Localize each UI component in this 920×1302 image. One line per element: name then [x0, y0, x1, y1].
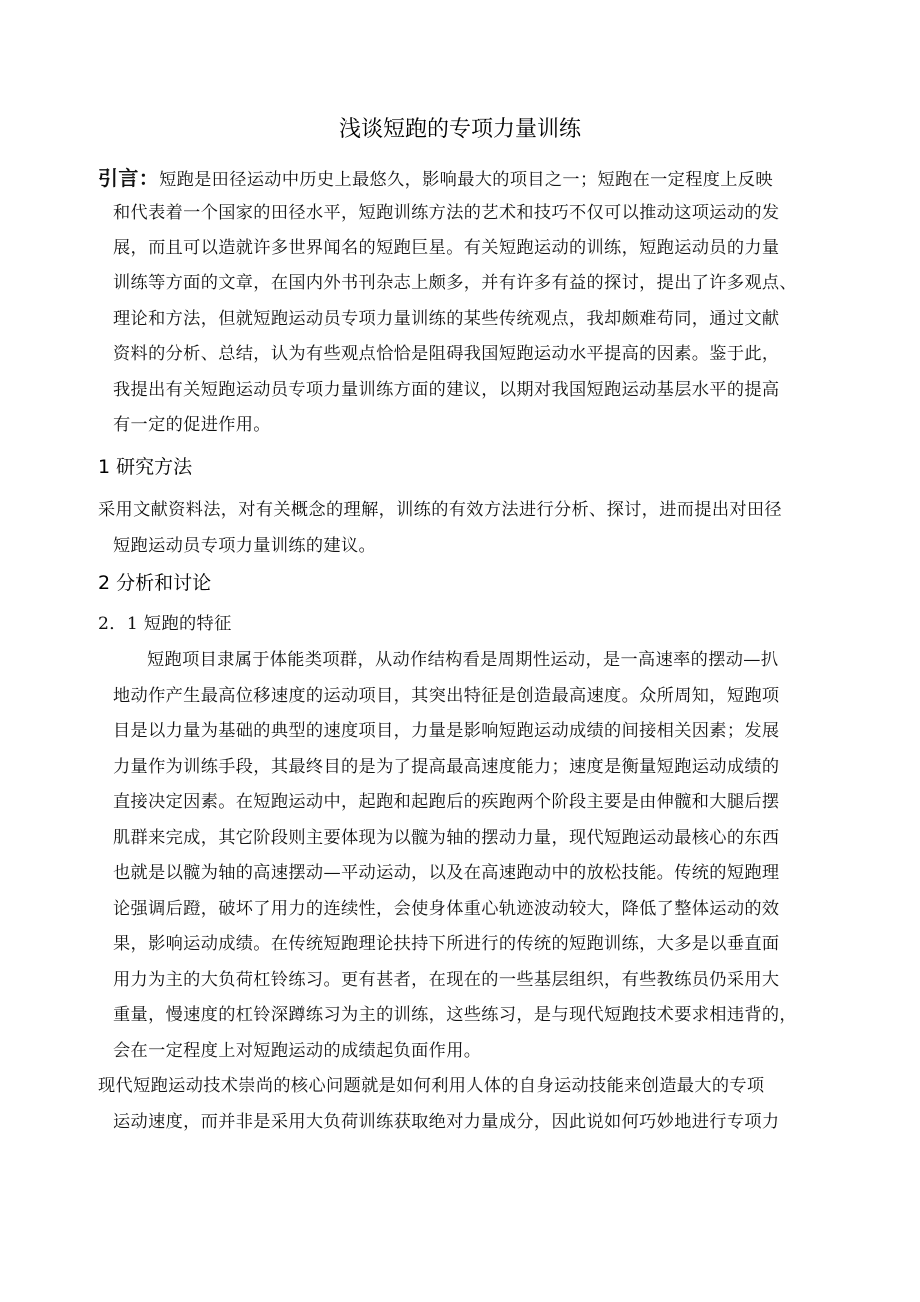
para1-line-9: 果，影响运动成绩。在传统短跑理论扶持下所进行的传统的短跑训练，大多是以垂直面 [113, 929, 779, 954]
para2-line-2: 运动速度，而并非是采用大负荷训练获取绝对力量成分，因此说如何巧妙地进行专项力 [113, 1107, 779, 1132]
para1-line-4: 力量作为训练手段，其最终目的是为了提高最高速度能力；速度是衡量短跑运动成绩的 [113, 752, 779, 777]
section-2-1-subheading: 2．1 短跑的特征 [98, 609, 232, 634]
intro-line-5: 理论和方法，但就短跑运动员专项力量训练的某些传统观点，我却颇难苟同，通过文献 [113, 304, 779, 329]
para1-line-12: 会在一定程度上对短跑运动的成绩起负面作用。 [113, 1036, 481, 1061]
section-2-heading: 2 分析和讨论 [98, 568, 211, 595]
para2-line-1: 现代短跑运动技术崇尚的核心问题就是如何利用人体的自身运动技能来创造最大的专项 [98, 1071, 764, 1096]
section-1-line-2: 短跑运动员专项力量训练的建议。 [113, 531, 376, 556]
intro-line-6: 资料的分析、总结，认为有些观点恰恰是阻碍我国短跑运动水平提高的因素。鉴于此， [113, 339, 779, 364]
intro-line-1: 引言：短跑是田径运动中历史上最悠久，影响最大的项目之一；短跑在一定程度上反映 [98, 162, 773, 191]
document-title: 浅谈短跑的专项力量训练 [0, 112, 920, 143]
intro-line-4: 训练等方面的文章，在国内外书刊杂志上颇多，并有许多有益的探讨，提出了许多观点、 [113, 268, 797, 293]
para1-line-6: 肌群来完成，其它阶段则主要体现为以髋为轴的摆动力量，现代短跑运动最核心的东西 [113, 823, 779, 848]
para1-line-5: 直接决定因素。在短跑运动中，起跑和起跑后的疾跑两个阶段主要是由伸髋和大腿后摆 [113, 787, 779, 812]
intro-line-7: 我提出有关短跑运动员专项力量训练方面的建议，以期对我国短跑运动基层水平的提高 [113, 375, 779, 400]
para1-line-3: 目是以力量为基础的典型的速度项目，力量是影响短跑运动成绩的间接相关因素；发展 [113, 716, 779, 741]
para1-line-1: 短跑项目隶属于体能类项群，从动作结构看是周期性运动，是一高速率的摆动—扒 [147, 645, 778, 670]
intro-line-2: 和代表着一个国家的田径水平，短跑训练方法的艺术和技巧不仅可以推动这项运动的发 [113, 198, 779, 223]
document-page: 浅谈短跑的专项力量训练 引言：短跑是田径运动中历史上最悠久，影响最大的项目之一；… [0, 0, 920, 1302]
para1-line-10: 用力为主的大负荷杠铃练习。更有甚者，在现在的一些基层组织，有些教练员仍采用大 [113, 965, 779, 990]
para1-line-11: 重量，慢速度的杠铃深蹲练习为主的训练，这些练习，是与现代短跑技术要求相违背的， [113, 1000, 797, 1025]
section-1-line-1: 采用文献资料法，对有关概念的理解，训练的有效方法进行分析、探讨，进而提出对田径 [98, 495, 782, 520]
section-1-heading: 1 研究方法 [98, 452, 192, 479]
para1-line-2: 地动作产生最高位移速度的运动项目，其突出特征是创造最高速度。众所周知，短跑项 [113, 681, 779, 706]
intro-label: 引言： [98, 166, 159, 190]
intro-line-3: 展，而且可以造就许多世界闻名的短跑巨星。有关短跑运动的训练，短跑运动员的力量 [113, 233, 779, 258]
para1-line-8: 论强调后蹬，破坏了用力的连续性，会使身体重心轨迹波动较大，降低了整体运动的效 [113, 894, 779, 919]
intro-line-8: 有一定的促进作用。 [113, 410, 271, 435]
para1-line-7: 也就是以髋为轴的高速摆动—平动运动，以及在高速跑动中的放松技能。传统的短跑理 [113, 858, 779, 883]
